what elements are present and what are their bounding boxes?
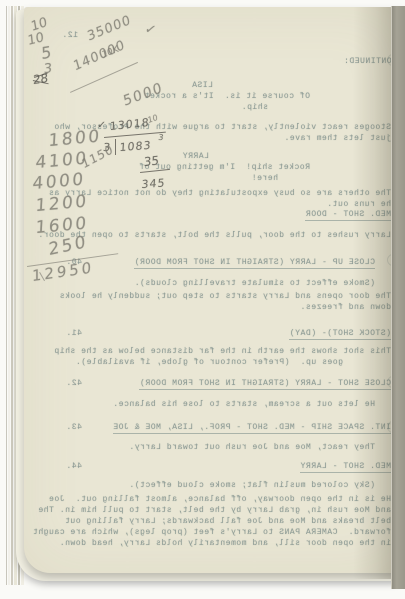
photo-background: 12.CONTINUED:LISAOf course it is. It's a…: [0, 0, 405, 599]
pencil-annotation: 13018: [110, 116, 150, 133]
pencil-annotation: 5000: [122, 80, 164, 110]
pencil-annotation: 345: [141, 176, 166, 191]
pencil-stroke: [140, 169, 170, 173]
pencil-annotation: 3: [158, 133, 164, 142]
handwriting-layer: 10105328✓3500010K140000500010✓1301831083…: [0, 0, 405, 599]
pencil-stroke: [115, 139, 116, 155]
check-mark-icon: ✓: [143, 22, 158, 38]
pencil-annotation: 12950: [32, 258, 94, 285]
pencil-annotation: 35: [144, 153, 160, 169]
pencil-annotation: 1200: [35, 191, 89, 216]
pencil-annotation: 35000: [86, 13, 133, 45]
pencil-annotation: 4000: [32, 169, 86, 194]
pencil-annotation: 1800: [48, 126, 102, 151]
pencil-annotation: 5: [41, 42, 52, 63]
pencil-annotation: 1083: [119, 139, 152, 154]
